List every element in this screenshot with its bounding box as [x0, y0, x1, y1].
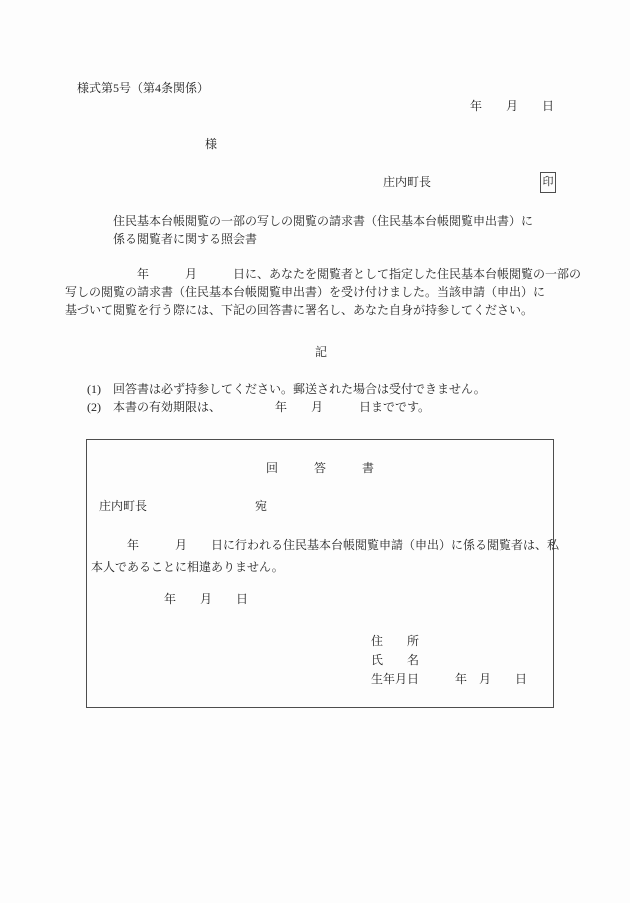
reply-form-title: 回 答 書: [87, 460, 553, 476]
notes-list: (1) 回答書は必ず持参してください。郵送された場合は受付できません。 (2) …: [87, 380, 486, 416]
seal-stamp-box: 印: [540, 172, 556, 193]
reply-addressee-line: 庄内町長 宛: [99, 498, 267, 514]
reply-date-blanks: 年 月 日: [164, 591, 248, 607]
document-body-paragraph: 年 月 日に、あなたを閲覧者として指定した住民基本台帳閲覧の一部の 写しの閲覧の…: [65, 265, 610, 319]
document-title: 住民基本台帳閲覧の一部の写しの閲覧の請求書（住民基本台帳閲覧申出書）に 係る閲覧…: [113, 212, 533, 248]
document-page: 様式第5号（第4条関係） 年 月 日 様 庄内町長 印 住民基本台帳閲覧の一部の…: [0, 0, 630, 903]
reply-form-box: 回 答 書 庄内町長 宛 年 月 日に行われる住民基本台帳閲覧申請（申出）に係る…: [86, 439, 554, 708]
record-heading: 記: [0, 344, 630, 360]
reply-body-paragraph: 年 月 日に行われる住民基本台帳閲覧申請（申出）に係る閲覧者は、私 本人であるこ…: [91, 534, 551, 578]
reply-signature-block: 住 所 氏 名 生年月日 年 月 日: [371, 632, 527, 689]
form-number-label: 様式第5号（第4条関係）: [77, 80, 209, 96]
addressee-honorific: 様: [205, 136, 217, 152]
sender-title: 庄内町長: [383, 174, 431, 190]
document-date-blanks: 年 月 日: [470, 98, 554, 114]
